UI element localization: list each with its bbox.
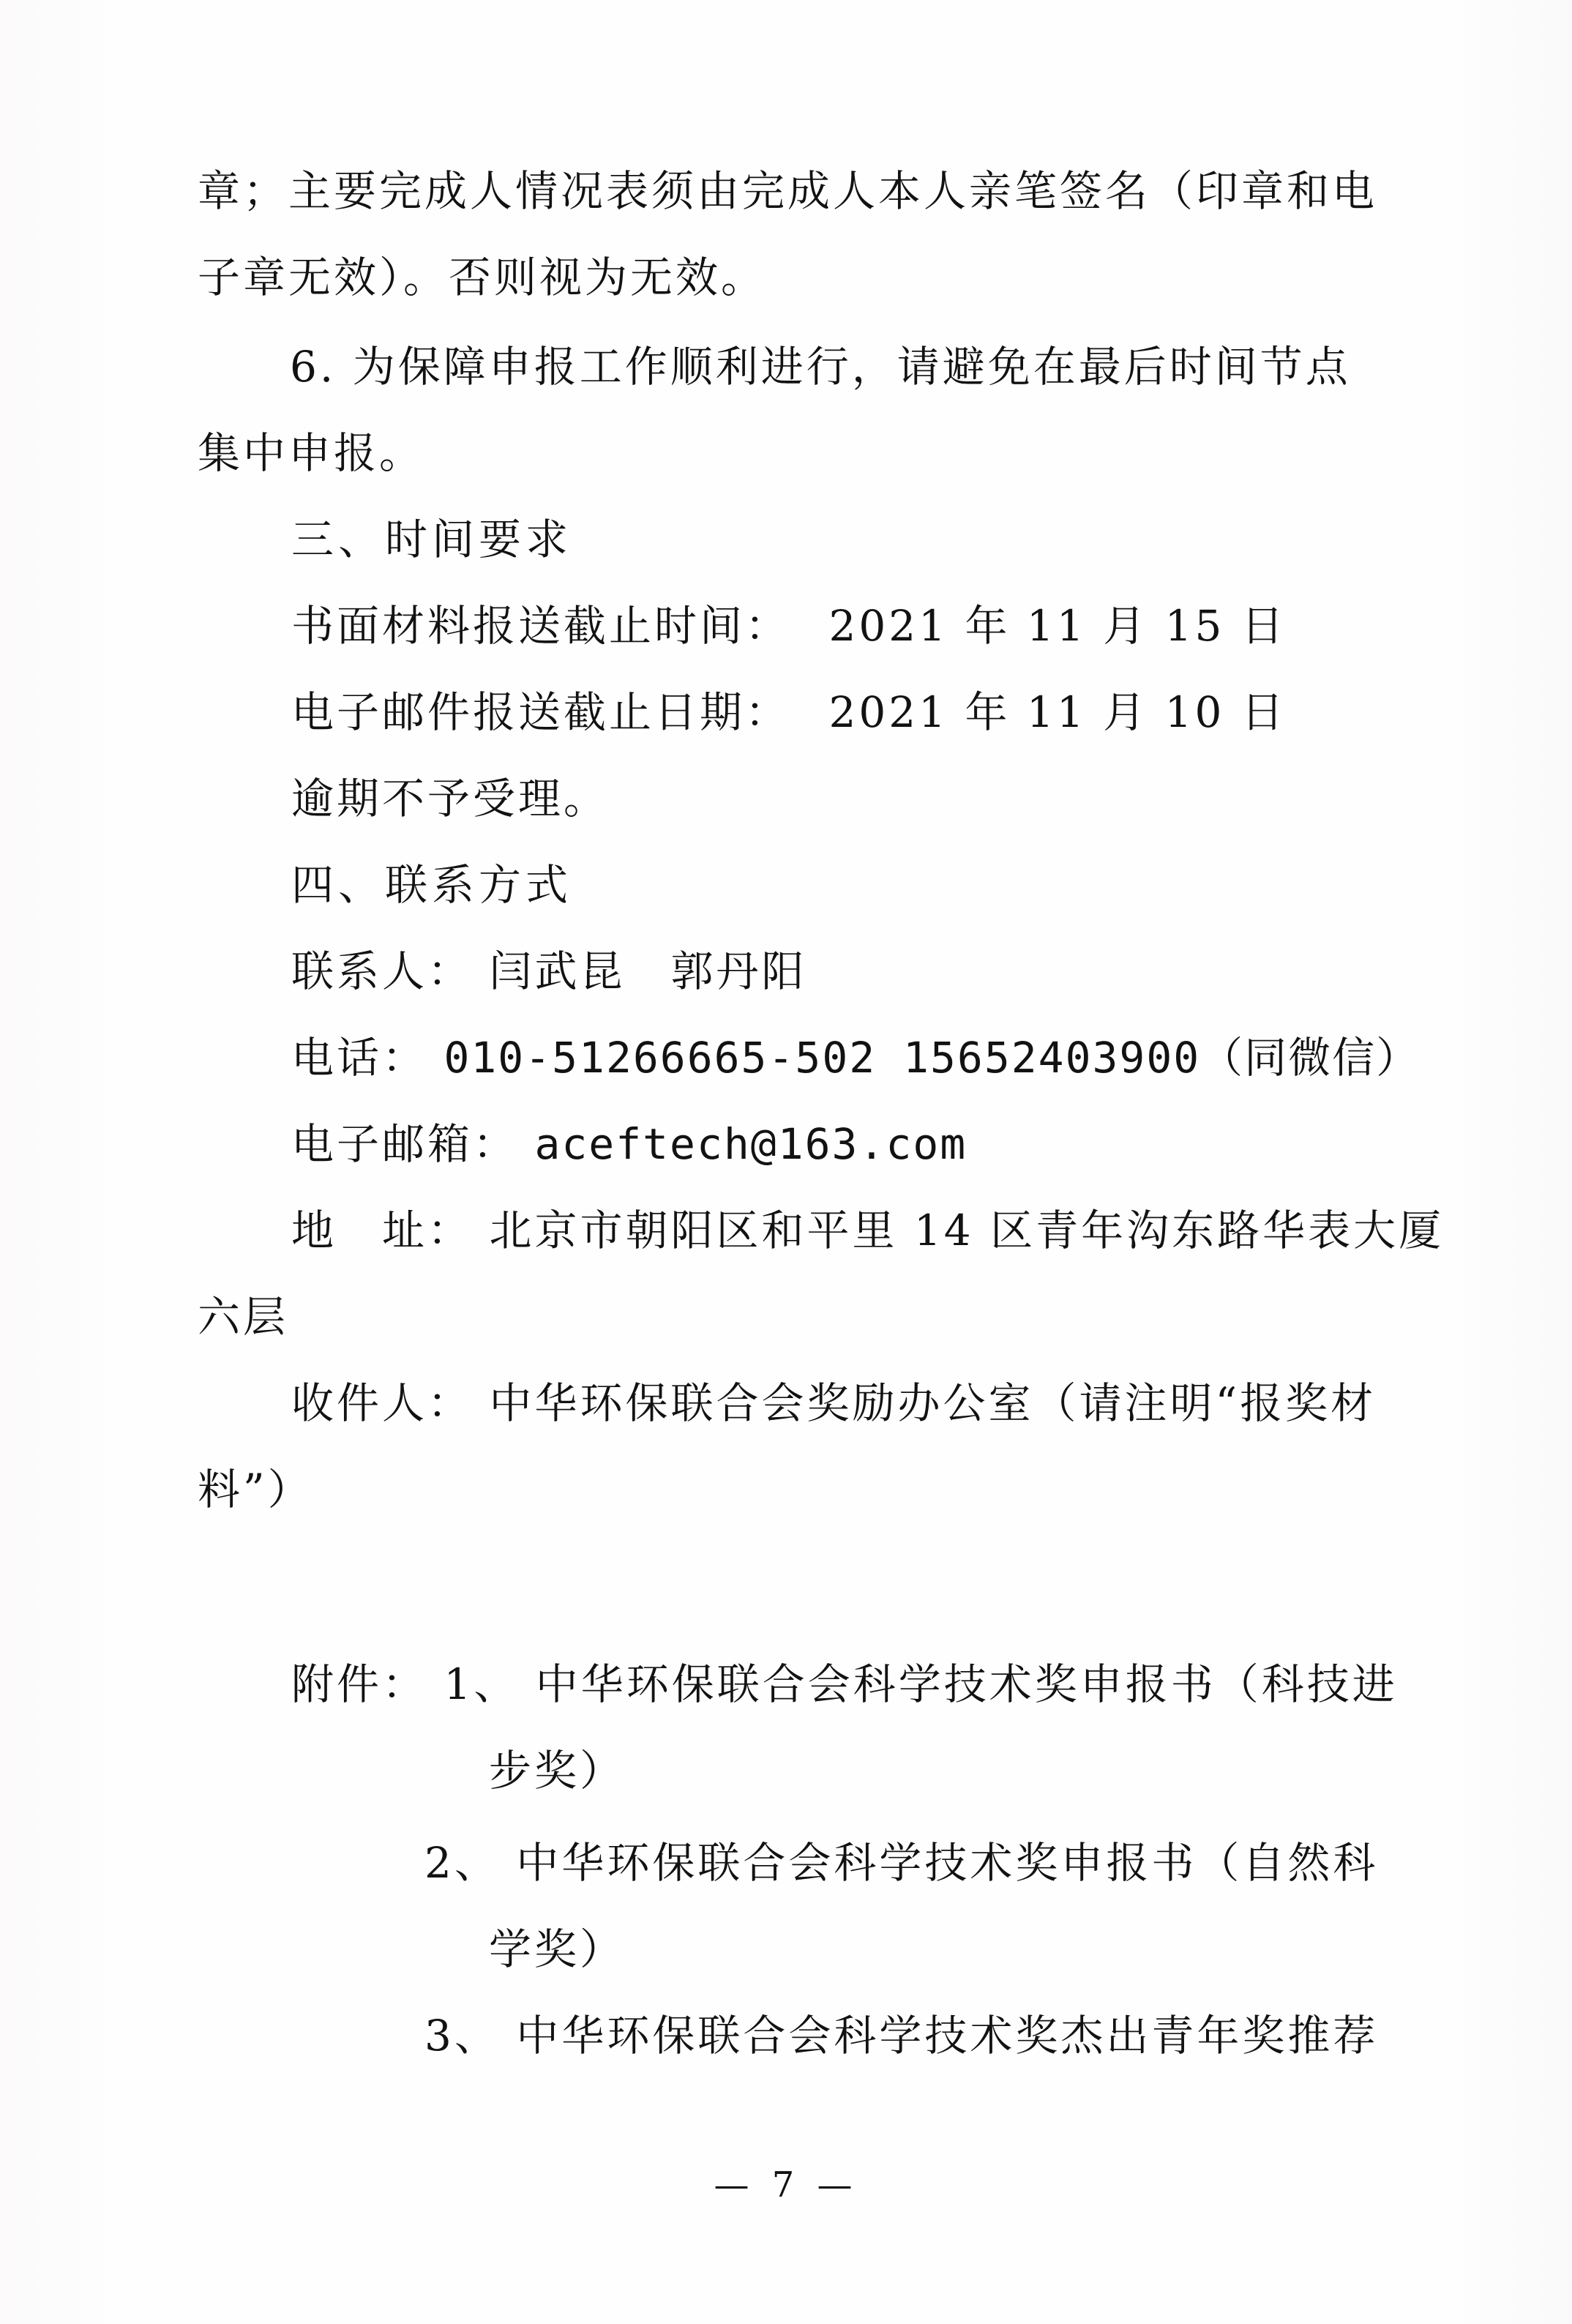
attachment-item-1-line-1: 附件： 1、 中华环保联合会科学技术奖申报书（科技进 <box>291 1659 1398 1710</box>
email-address: aceftech@163.com <box>534 1119 967 1169</box>
paragraph-signature-requirement-line-2: 子章无效）。否则视为无效。 <box>198 252 766 303</box>
recipient-value-line-1: 中华环保联合会奖励办公室（请注明“报奖材 <box>489 1378 1376 1428</box>
phone-row: 电话： 010-51266665-502 15652403900（同微信） <box>291 1032 1420 1083</box>
attachment-item-2-number: 2、 <box>424 1838 500 1888</box>
address-label: 地 址： <box>291 1206 473 1255</box>
recipient-label: 收件人： <box>291 1378 473 1428</box>
section-heading-contact: 四、联系方式 <box>291 859 572 911</box>
attachments-label: 附件： <box>291 1659 427 1709</box>
document-page: 章；主要完成人情况表须由完成人本人亲笔签名（印章和电 子章无效）。否则视为无效。… <box>0 0 1572 2324</box>
attachment-item-2-line-2: 学奖） <box>489 1924 625 1975</box>
written-deadline-label: 书面材料报送截止时间： <box>291 601 790 651</box>
address-value-line-1: 北京市朝阳区和平里 14 区青年沟东路华表大厦 <box>489 1206 1444 1255</box>
attachment-item-3-line-1: 3、 中华环保联合会科学技术奖杰出青年奖推荐 <box>424 2010 1378 2061</box>
written-deadline-row: 书面材料报送截止时间： 2021 年 11 月 15 日 <box>291 600 1287 651</box>
paragraph-item-6-line-1: 6. 为保障申报工作顺利进行，请避免在最后时间节点 <box>290 341 1351 392</box>
attachment-item-1-title: 中华环保联合会科学技术奖申报书（科技进 <box>536 1659 1398 1709</box>
address-value-line-2: 六层 <box>198 1291 288 1342</box>
attachment-item-2-title: 中华环保联合会科学技术奖申报书（自然科 <box>516 1838 1378 1888</box>
late-submission-notice: 逾期不予受理。 <box>291 773 609 824</box>
paragraph-item-6-line-2: 集中申报。 <box>198 427 424 479</box>
recipient-value-line-2: 料”） <box>198 1464 313 1515</box>
email-label: 电子邮箱： <box>291 1119 518 1169</box>
attachment-item-1-line-2: 步奖） <box>489 1745 625 1796</box>
attachment-item-3-title: 中华环保联合会科学技术奖杰出青年奖推荐 <box>516 2011 1378 2060</box>
contacts-row: 联系人： 闫武昆 郭丹阳 <box>291 946 806 997</box>
phone-label: 电话： <box>291 1033 427 1083</box>
recipient-row-line-1: 收件人： 中华环保联合会奖励办公室（请注明“报奖材 <box>291 1378 1376 1429</box>
attachment-item-2-line-1: 2、 中华环保联合会科学技术奖申报书（自然科 <box>424 1837 1378 1888</box>
email-row: 电子邮箱： aceftech@163.com <box>291 1118 967 1170</box>
paragraph-signature-requirement-line-1: 章；主要完成人情况表须由完成人本人亲笔签名（印章和电 <box>198 165 1377 217</box>
email-deadline-row: 电子邮件报送截止日期： 2021 年 11 月 10 日 <box>291 687 1287 738</box>
email-deadline-value: 2021 年 11 月 10 日 <box>828 687 1286 737</box>
phone-value: 010-51266665-502 15652403900（同微信） <box>443 1033 1420 1083</box>
attachment-item-3-number: 3、 <box>424 2011 500 2060</box>
page-number: — 7 — <box>0 2163 1572 2207</box>
email-deadline-label: 电子邮件报送截止日期： <box>291 687 790 737</box>
written-deadline-value: 2021 年 11 月 15 日 <box>828 601 1286 651</box>
address-row-line-1: 地 址： 北京市朝阳区和平里 14 区青年沟东路华表大厦 <box>291 1205 1444 1256</box>
contacts-value: 闫武昆 郭丹阳 <box>489 946 806 996</box>
section-heading-time-requirements: 三、时间要求 <box>291 514 572 565</box>
attachment-item-1-number: 1、 <box>443 1659 519 1709</box>
contacts-label: 联系人： <box>291 946 473 996</box>
